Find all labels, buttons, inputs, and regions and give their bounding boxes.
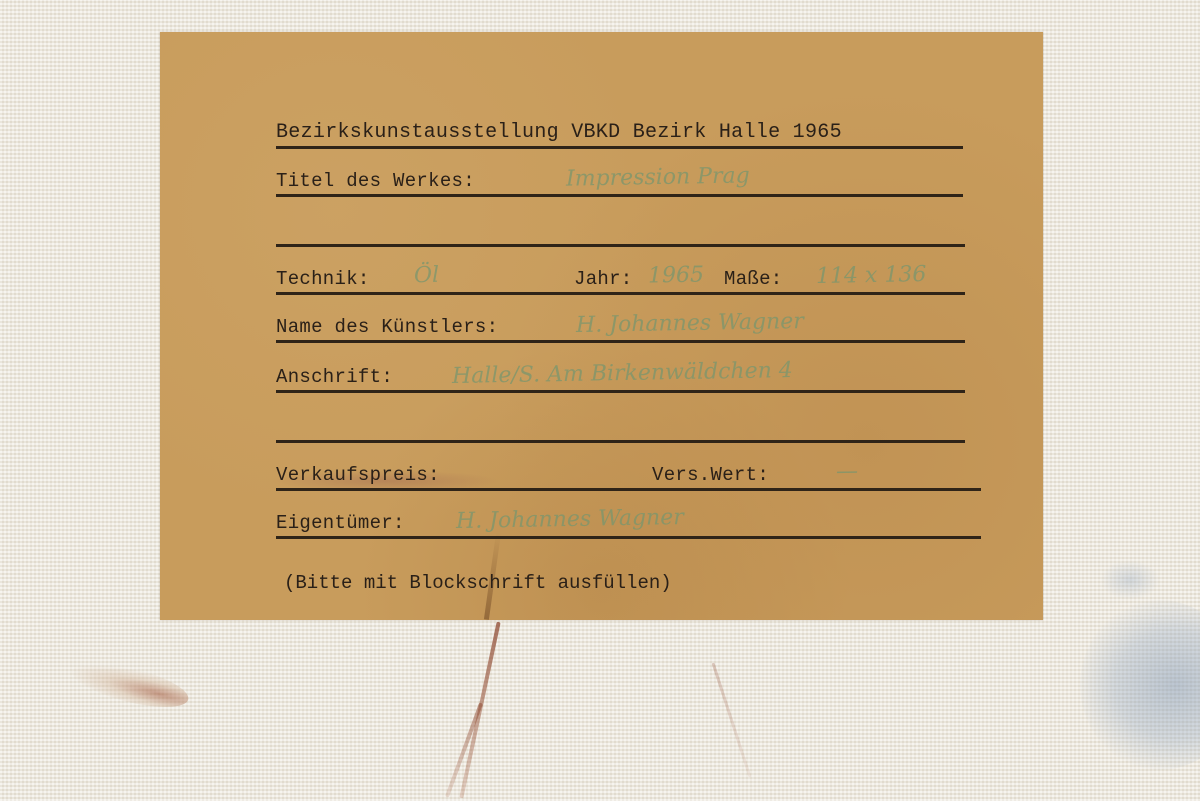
artist-value: H. Johannes Wagner (576, 309, 804, 338)
year-value: 1965 (648, 263, 704, 289)
artist-label: Name des Künstlers: (276, 316, 498, 338)
insurance-label: Vers.Wert: (652, 464, 769, 486)
blue-paint-stain (1080, 600, 1200, 770)
owner-label: Eigentümer: (276, 512, 405, 534)
address-label: Anschrift: (276, 366, 393, 388)
dimensions-value: 114 x 136 (816, 262, 927, 289)
technique-label: Technik: (276, 268, 370, 290)
title-continuation-line (276, 214, 965, 247)
paint-drip (712, 662, 752, 777)
artist-row: Name des Künstlers: H. Johannes Wagner (276, 310, 965, 343)
title-value: Impression Prag (566, 163, 750, 191)
heading-row: Bezirkskunstausstellung VBKD Bezirk Hall… (276, 116, 963, 149)
owner-row: Eigentümer: H. Johannes Wagner (276, 506, 981, 539)
title-row: Titel des Werkes: Impression Prag (276, 164, 963, 197)
price-label: Verkaufspreis: (276, 464, 440, 486)
technique-value: Öl (414, 263, 440, 288)
footer-instruction: (Bitte mit Blockschrift ausfüllen) (284, 572, 672, 594)
year-label: Jahr: (574, 268, 633, 290)
brown-paint-stain (68, 654, 193, 716)
address-row: Anschrift: Halle/S. Am Birkenwäldchen 4 (276, 360, 965, 393)
owner-value: H. Johannes Wagner (456, 505, 684, 534)
blue-paint-stain-small (1100, 560, 1160, 600)
dimensions-label: Maße: (724, 268, 783, 290)
price-row: Verkaufspreis: Vers.Wert: — (276, 458, 981, 491)
card-heading: Bezirkskunstausstellung VBKD Bezirk Hall… (276, 121, 842, 144)
address-value: Halle/S. Am Birkenwäldchen 4 (452, 358, 793, 389)
exhibition-label-card: Bezirkskunstausstellung VBKD Bezirk Hall… (160, 32, 1043, 620)
title-label: Titel des Werkes: (276, 170, 475, 192)
address-continuation-line (276, 410, 965, 443)
insurance-value: — (836, 459, 858, 484)
technique-row: Technik: Öl Jahr: 1965 Maße: 114 x 136 (276, 262, 965, 295)
